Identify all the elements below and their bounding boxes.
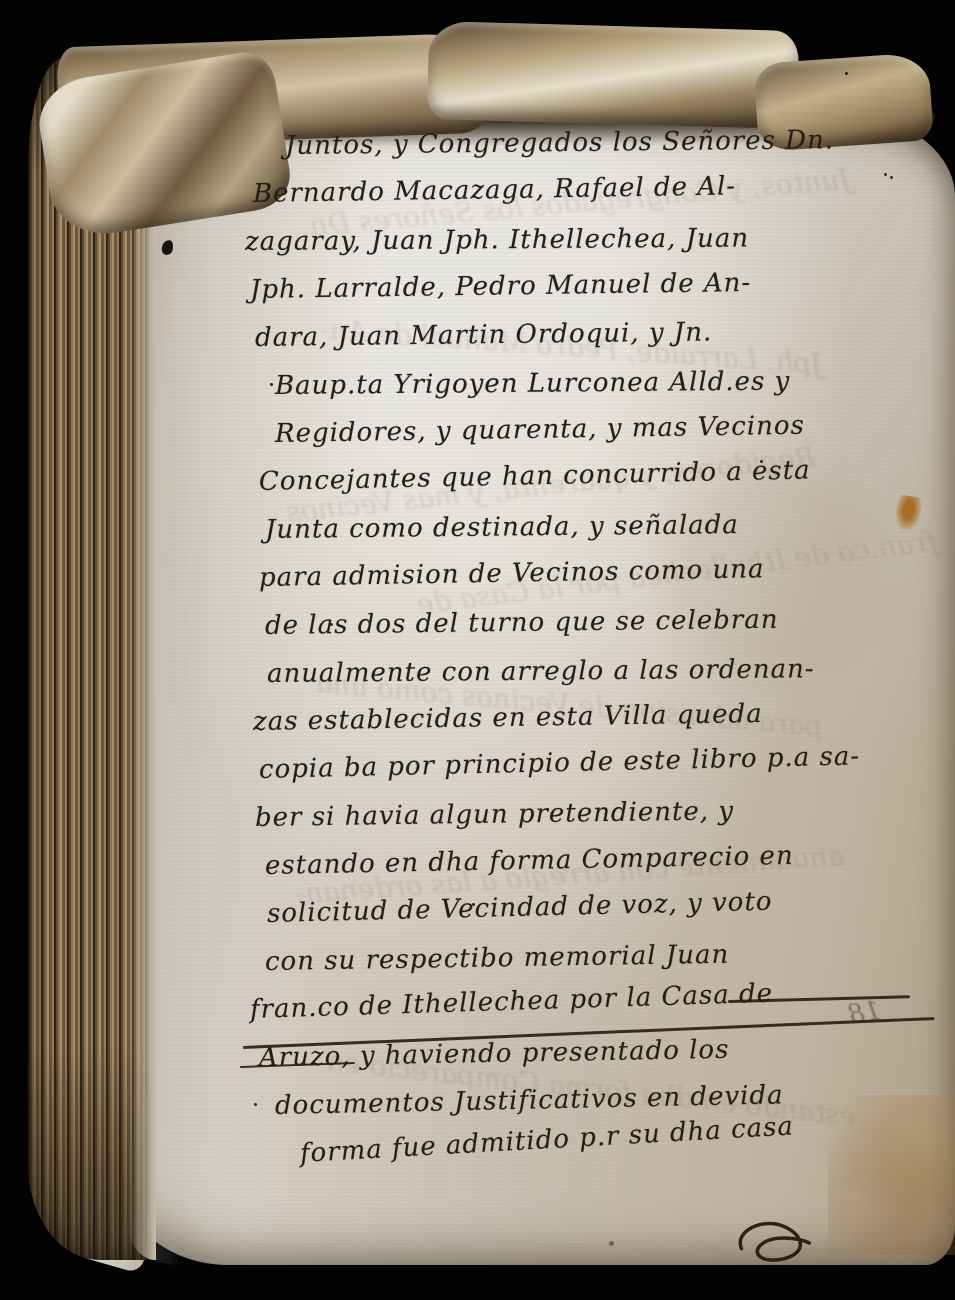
manuscript-line: Jph. Larralde, Pedro Manuel de An- — [250, 256, 946, 314]
crumpled-page-edge — [427, 21, 800, 129]
manuscript-line: de las dos del turno que se celebran — [265, 594, 946, 650]
ink-flourish-icon — [731, 1211, 827, 1271]
manuscript-photo: Juntos, y Congregados los Señores Dn. Jp… — [0, 0, 955, 1300]
manuscript-line: Bernardo Macazaga, Rafael de Al- — [253, 159, 946, 218]
page-stack-edges — [28, 58, 156, 1260]
handwritten-text-block: Juntos, y Congregados los Señores Dn. Be… — [245, 122, 945, 1178]
manuscript-line: dara, Juan Martin Ordoqui, y Jn. — [255, 306, 946, 362]
